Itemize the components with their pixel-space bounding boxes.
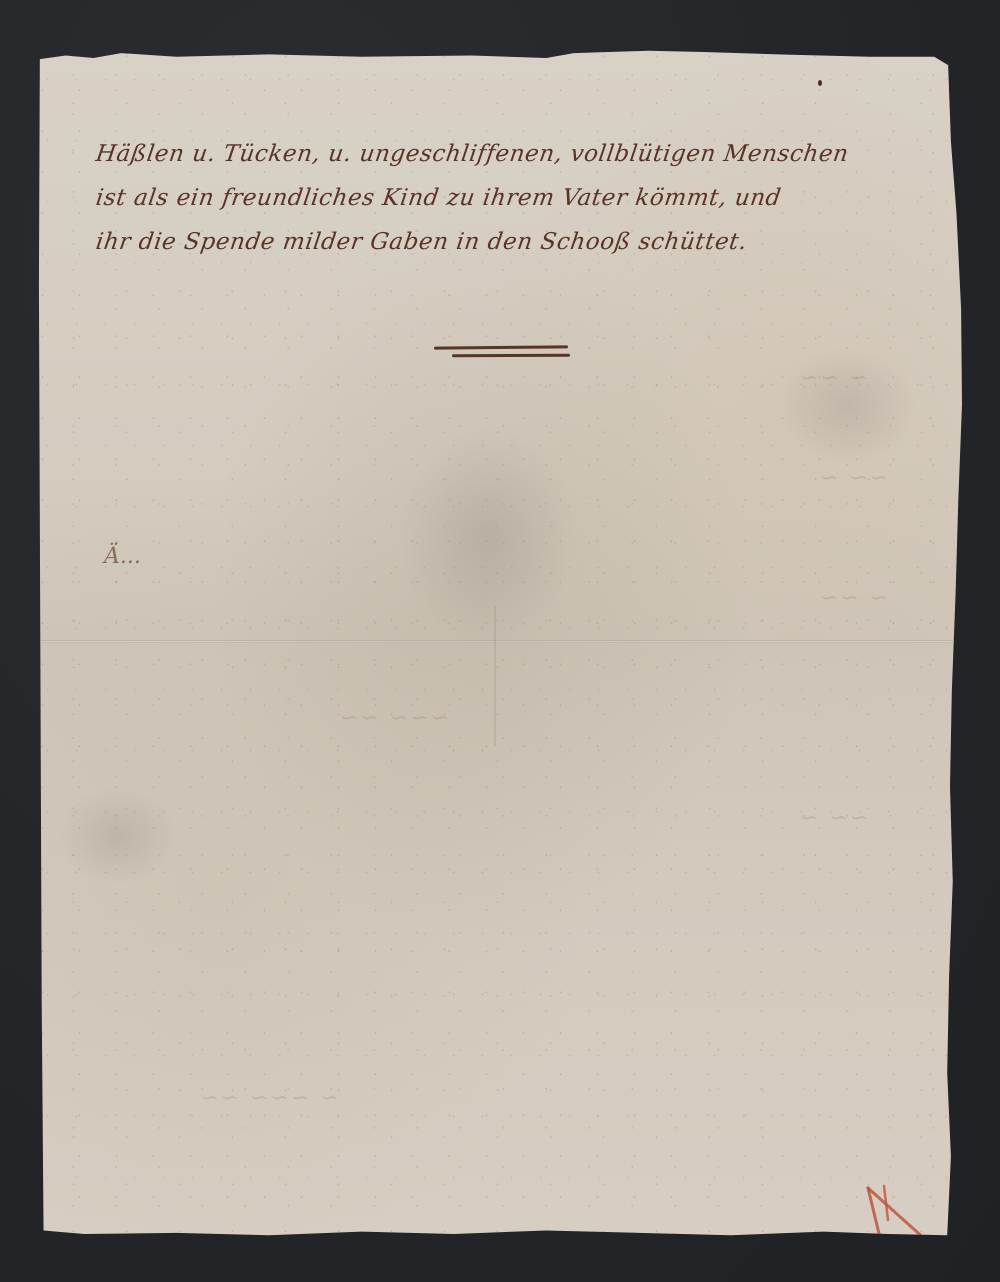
watermark-stain	[398, 426, 578, 646]
text-line-2: ist als ein freundliches Kind zu ihrem V…	[93, 176, 929, 220]
stain	[778, 346, 918, 466]
text-line-1: Häßlen u. Tücken, u. ungeschliffenen, vo…	[93, 132, 929, 176]
bleed-through-text: ~ ~~~ ~~	[198, 1086, 339, 1111]
horizontal-fold-crease	[38, 640, 954, 643]
bleed-through-text: ~ ~~	[818, 586, 888, 611]
text-line-3: ihr die Spende milder Gaben in den Schoo…	[93, 220, 929, 264]
vertical-fold-crease	[494, 606, 496, 746]
ink-spot	[818, 80, 822, 86]
rule-line-top	[434, 345, 568, 349]
double-rule-separator	[434, 344, 570, 360]
bleed-through-text: ~~~ ~~	[338, 706, 449, 731]
stain	[58, 786, 178, 886]
margin-annotation: Ä...	[104, 544, 141, 569]
rule-line-bottom	[452, 354, 570, 358]
handwritten-text-block: Häßlen u. Tücken, u. ungeschliffenen, vo…	[96, 132, 926, 264]
bleed-through-text: ~~ ~	[798, 806, 868, 831]
bleed-through-text: ~~ ~	[818, 466, 888, 491]
bleed-through-text: ~ ~~	[798, 366, 868, 391]
manuscript-sheet: ~ ~~ ~~ ~ ~ ~~ ~~~ ~~ ~~ ~ ~ ~~~ ~~ Häßl…	[38, 46, 962, 1240]
